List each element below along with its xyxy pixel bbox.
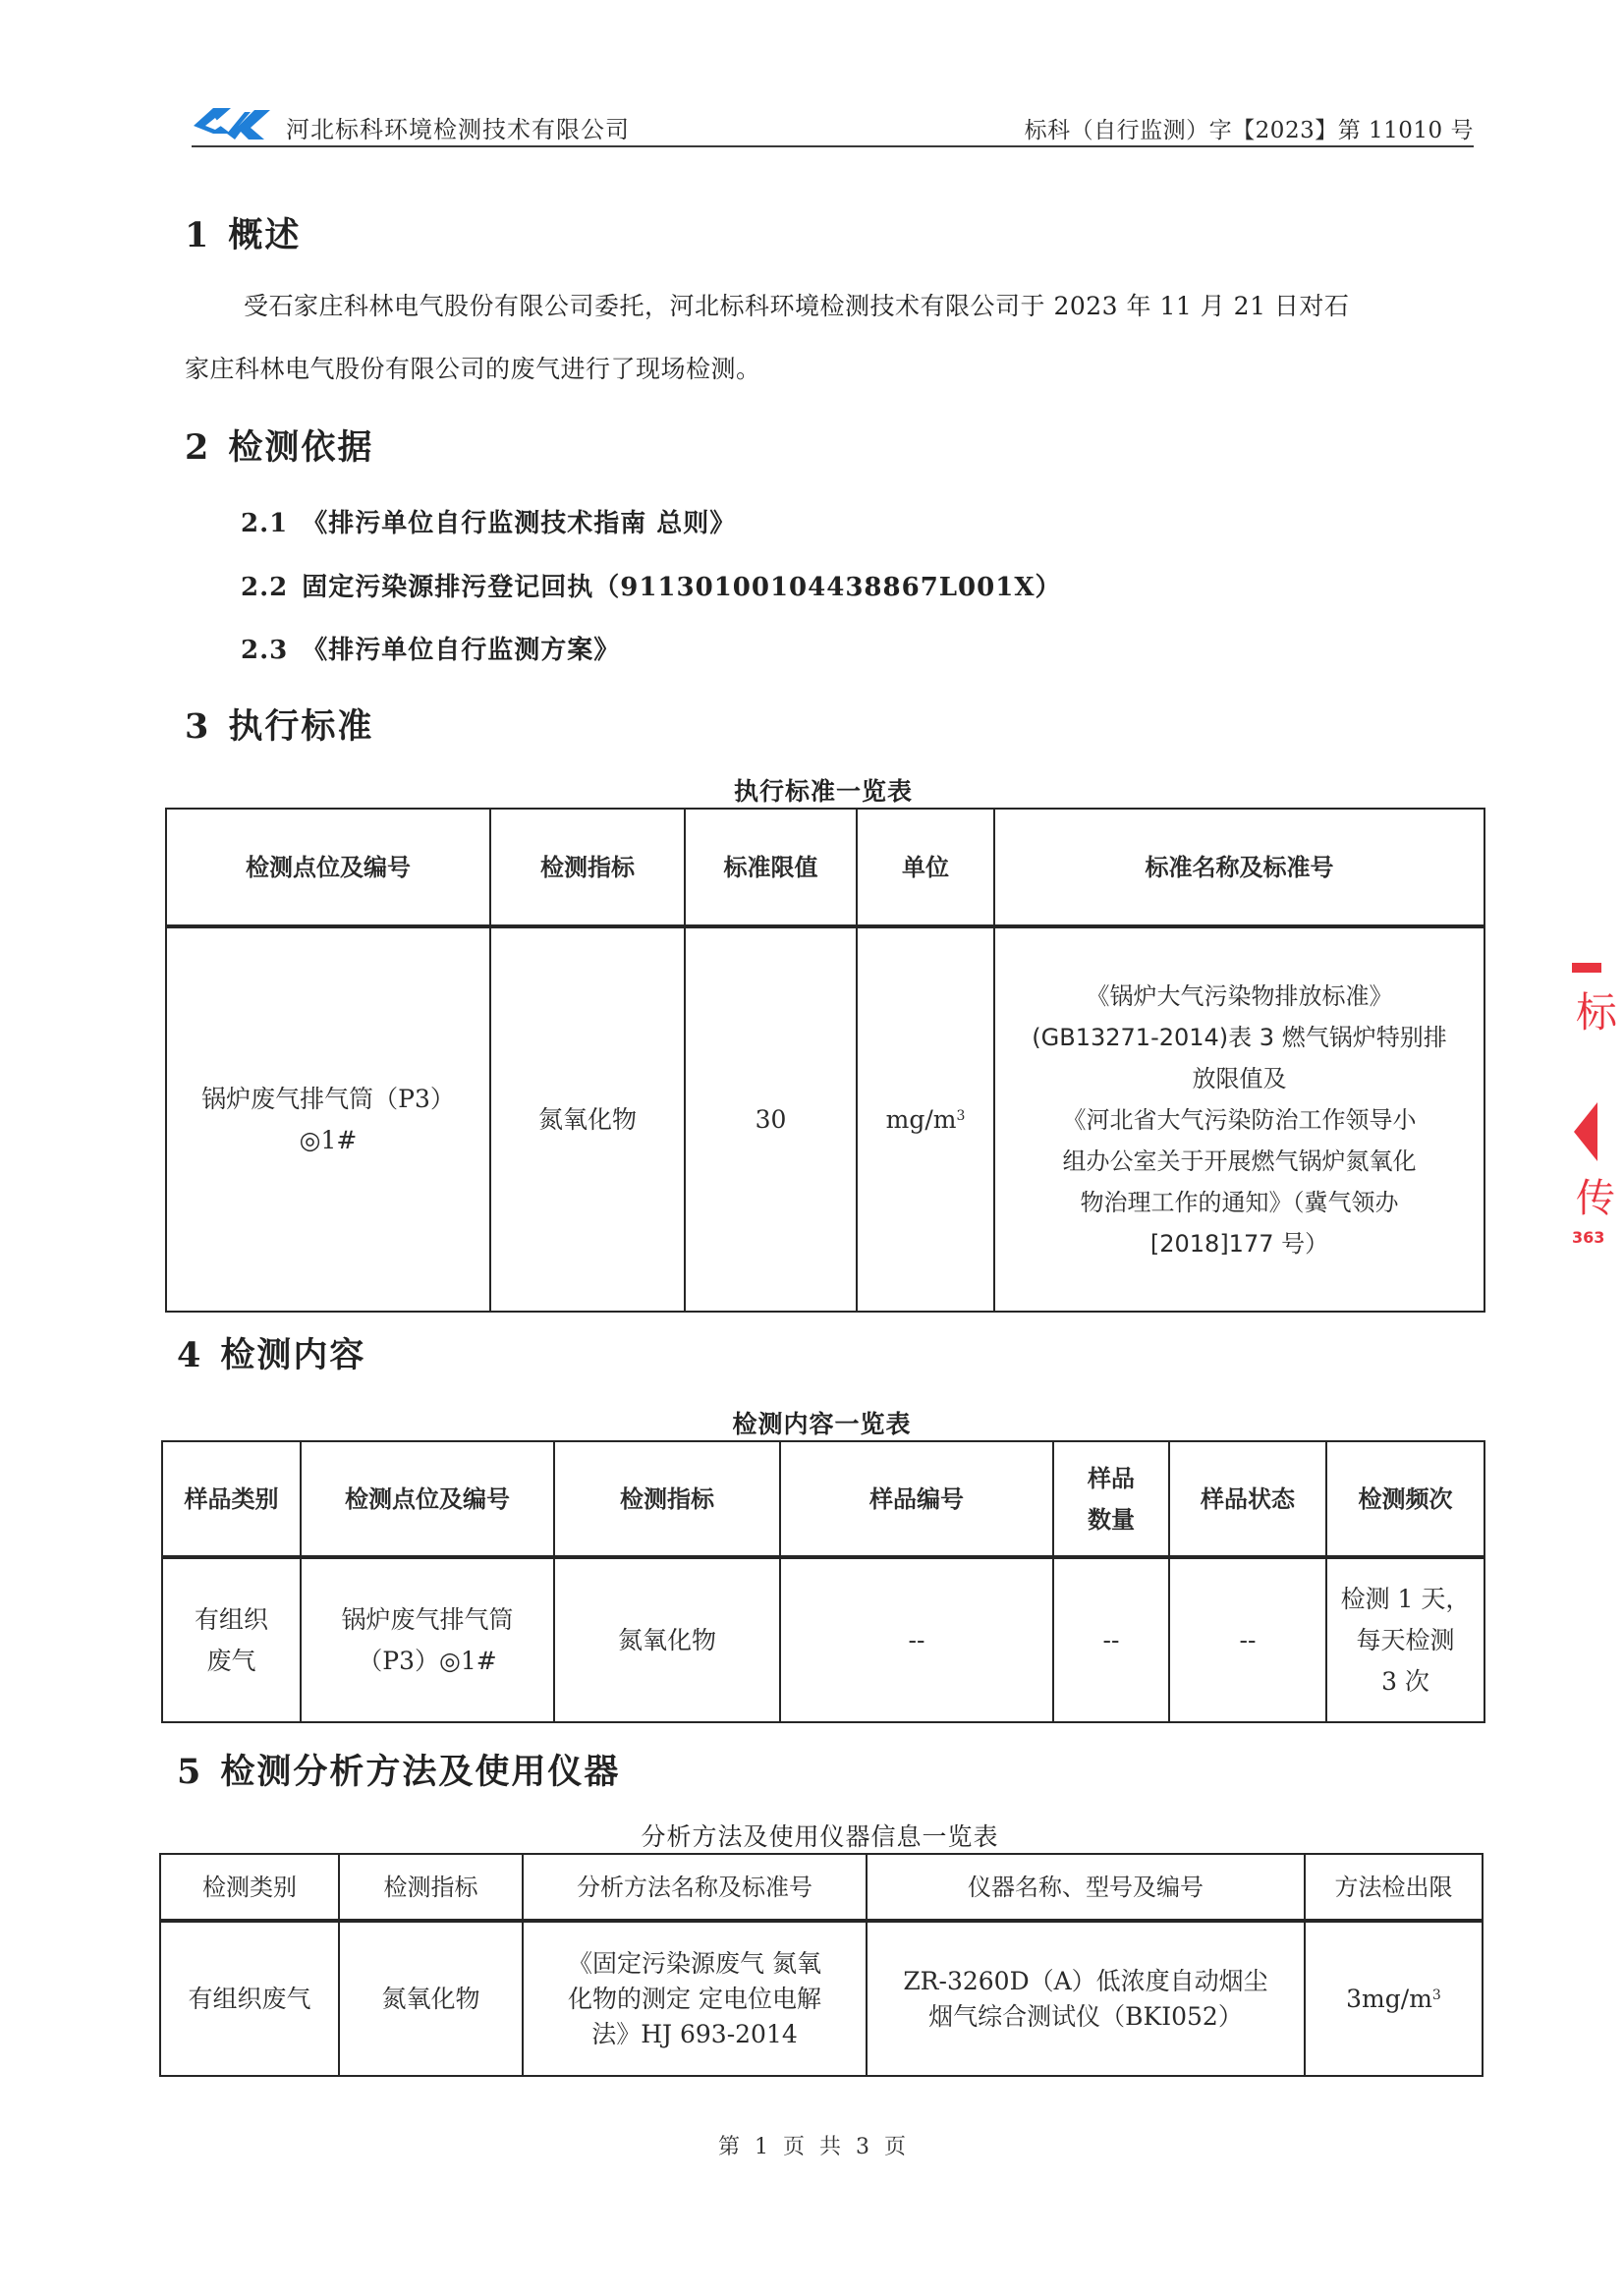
instrument-cell: ZR-3260D（A）低浓度自动烟尘 烟气综合测试仪（BKI052） [867,1921,1305,2076]
section-title: 执行标准 [228,707,373,747]
column-header: 样品 数量 [1053,1441,1169,1557]
methods-table-caption: 分析方法及使用仪器信息一览表 [159,1818,1481,1853]
seal-digits: 363 [1572,1228,1604,1247]
cell-line: 每天检测 [1333,1620,1478,1661]
section-title: 检测依据 [228,428,373,468]
column-header: 单位 [857,809,994,926]
cell-line: （P3）◎1# [308,1641,547,1682]
basis-item-text: 《排污单位自行监测技术指南 总则》 [302,509,736,538]
section-number: 5 [177,1752,202,1792]
cell-line: 物治理工作的通知》（冀气领办 [1001,1182,1478,1223]
seal-character: 传 [1576,1167,1615,1223]
column-header: 样品编号 [780,1441,1053,1557]
section-title: 概述 [228,216,301,255]
frequency-cell: 检测 1 天， 每天检测 3 次 [1326,1557,1484,1722]
company-name: 河北标科环境检测技术有限公司 [286,110,630,144]
basis-item-text: 《排污单位自行监测方案》 [302,636,620,665]
unit-text: mg/m [886,1105,957,1134]
cell-line: 烟气综合测试仪（BKI052） [873,1999,1298,2035]
detection-limit-text: 3mg/m [1346,1985,1432,2013]
column-header: 仪器名称、型号及编号 [867,1854,1305,1921]
cell-line: ZR-3260D（A）低浓度自动烟尘 [873,1964,1298,1999]
basis-item-number: 2.3 [241,636,288,665]
cell-line: 检测 1 天， [1333,1579,1478,1620]
table-header-row: 检测类别 检测指标 分析方法名称及标准号 仪器名称、型号及编号 方法检出限 [160,1854,1483,1921]
section-number: 2 [185,427,210,468]
table-row: 锅炉废气排气筒（P3） ◎1# 氮氧化物 30 mg/m3 《锅炉大气污染物排放… [166,926,1484,1312]
table-header-row: 检测点位及编号 检测指标 标准限值 单位 标准名称及标准号 [166,809,1484,926]
standards-table: 检测点位及编号 检测指标 标准限值 单位 标准名称及标准号 锅炉废气排气筒（P3… [165,808,1485,1313]
unit-superscript: 3 [956,1108,965,1124]
basis-item: 2.3《排污单位自行监测方案》 [241,630,620,666]
column-header: 检测频次 [1326,1441,1484,1557]
section-number: 3 [185,706,210,747]
basis-item-number: 2.1 [241,509,288,538]
method-cell: 《固定污染源废气 氮氧 化物的测定 定电位电解 法》HJ 693-2014 [523,1921,867,2076]
standards-table-caption: 执行标准一览表 [165,772,1482,808]
seal-arc-shape [1572,963,1601,973]
standard-name-cell: 《锅炉大气污染物排放标准》 (GB13271-2014)表 3 燃气锅炉特别排 … [994,926,1484,1312]
table-row: 有组织 废气 锅炉废气排气筒 （P3）◎1# 氮氧化物 -- -- -- 检测 … [162,1557,1484,1722]
header-divider [192,145,1474,147]
column-header: 标准名称及标准号 [994,809,1484,926]
section-4-heading: 4检测内容 [177,1328,365,1377]
cell-line: 锅炉废气排气筒（P3） [173,1079,483,1120]
overview-line-1: 受石家庄科林电气股份有限公司委托，河北标科环境检测技术有限公司于 2023 年 … [244,275,1349,338]
column-header: 检测点位及编号 [166,809,490,926]
basis-item: 2.2固定污染源排污登记回执（91130100104438867L001X） [241,567,1062,603]
cell-line: 《锅炉大气污染物排放标准》 [1001,976,1478,1017]
column-header: 检测类别 [160,1854,339,1921]
cell-line: 《河北省大气污染防治工作领导小 [1001,1099,1478,1141]
cell-line: [2018]177 号） [1001,1223,1478,1264]
unit-cell: mg/m3 [857,926,994,1312]
monitoring-point-cell: 锅炉废气排气筒 （P3）◎1# [301,1557,554,1722]
sample-category-cell: 有组织 废气 [162,1557,301,1722]
report-reference-number: 标科（自行监测）字【2023】第 11010 号 [1025,112,1474,144]
bk-logo-icon [192,104,274,141]
cell-line: 化物的测定 定电位电解 [530,1982,860,2017]
column-header: 分析方法名称及标准号 [523,1854,867,1921]
cell-line: (GB13271-2014)表 3 燃气锅炉特别排 [1001,1017,1478,1058]
cell-line: 锅炉废气排气筒 [308,1599,547,1641]
page-number: 第 1 页 共 3 页 [0,2130,1624,2160]
cell-line: 3 次 [1333,1661,1478,1703]
basis-item-text: 固定污染源排污登记回执（91130100104438867L001X） [302,573,1061,602]
cell-line: 放限值及 [1001,1058,1478,1099]
section-3-heading: 3执行标准 [185,700,373,749]
section-5-heading: 5检测分析方法及使用仪器 [177,1745,620,1794]
table-row: 有组织废气 氮氧化物 《固定污染源废气 氮氧 化物的测定 定电位电解 法》HJ … [160,1921,1483,2076]
section-title: 检测内容 [220,1336,365,1375]
header-line: 数量 [1060,1499,1162,1540]
column-header: 检测点位及编号 [301,1441,554,1557]
cell-line: 废气 [169,1641,294,1682]
monitoring-point-cell: 锅炉废气排气筒（P3） ◎1# [166,926,490,1312]
indicator-cell: 氮氧化物 [339,1921,523,2076]
section-number: 4 [177,1335,202,1375]
overview-line-2: 家庄科林电气股份有限公司的废气进行了现场检测。 [185,338,761,401]
column-header: 样品类别 [162,1441,301,1557]
cell-line: 有组织 [169,1599,294,1641]
column-header: 检测指标 [339,1854,523,1921]
basis-item: 2.1《排污单位自行监测技术指南 总则》 [241,503,736,539]
sample-state-cell: -- [1169,1557,1326,1722]
unit-superscript: 3 [1432,1987,1441,2003]
content-table-caption: 检测内容一览表 [161,1405,1483,1440]
red-seal-stamp-fragment: 标 传 363 [1572,943,1624,1258]
section-1-heading: 1概述 [185,208,301,257]
limit-cell: 30 [685,926,857,1312]
cell-line: 《固定污染源废气 氮氧 [530,1946,860,1982]
indicator-cell: 氮氧化物 [554,1557,780,1722]
detection-limit-cell: 3mg/m3 [1305,1921,1483,2076]
basis-item-number: 2.2 [241,573,288,602]
column-header: 检测指标 [554,1441,780,1557]
column-header: 方法检出限 [1305,1854,1483,1921]
column-header: 检测指标 [490,809,685,926]
cell-line: 法》HJ 693-2014 [530,2017,860,2052]
section-title: 检测分析方法及使用仪器 [220,1753,620,1792]
seal-triangle-shape [1574,1102,1597,1161]
cell-line: 组办公室关于开展燃气锅炉氮氧化 [1001,1141,1478,1182]
column-header: 样品状态 [1169,1441,1326,1557]
column-header: 标准限值 [685,809,857,926]
cell-line: ◎1# [173,1120,483,1161]
sample-number-cell: -- [780,1557,1053,1722]
report-page: 河北标科环境检测技术有限公司 标科（自行监测）字【2023】第 11010 号 … [0,0,1624,2295]
section-2-heading: 2检测依据 [185,420,373,470]
page-header: 河北标科环境检测技术有限公司 标科（自行监测）字【2023】第 11010 号 [192,98,1474,145]
content-table: 样品类别 检测点位及编号 检测指标 样品编号 样品 数量 样品状态 检测频次 有… [161,1440,1485,1723]
header-line: 样品 [1060,1458,1162,1499]
methods-table: 检测类别 检测指标 分析方法名称及标准号 仪器名称、型号及编号 方法检出限 有组… [159,1853,1484,2077]
category-cell: 有组织废气 [160,1921,339,2076]
sample-quantity-cell: -- [1053,1557,1169,1722]
seal-character: 标 [1576,980,1617,1039]
indicator-cell: 氮氧化物 [490,926,685,1312]
section-number: 1 [185,215,210,255]
table-header-row: 样品类别 检测点位及编号 检测指标 样品编号 样品 数量 样品状态 检测频次 [162,1441,1484,1557]
